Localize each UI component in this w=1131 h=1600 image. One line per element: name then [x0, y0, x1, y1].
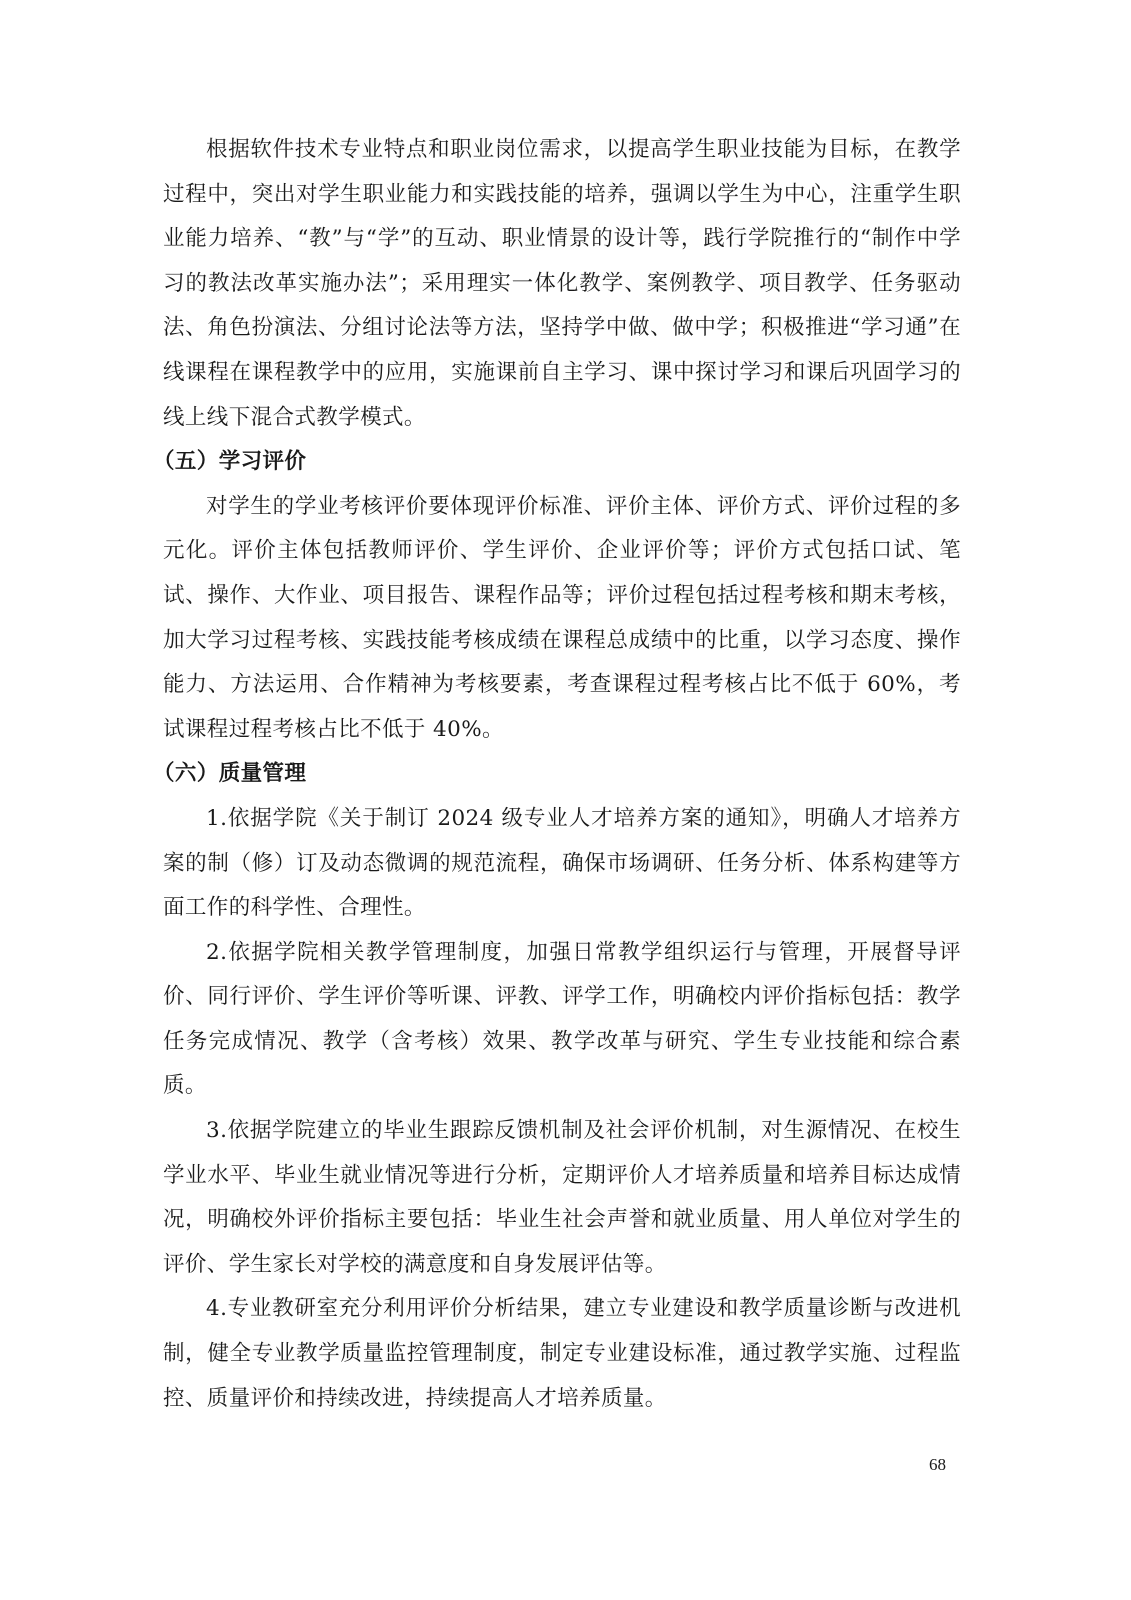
section-heading-quality-management: （六）质量管理	[153, 752, 961, 797]
learning-evaluation-paragraph: 对学生的学业考核评价要体现评价标准、评价主体、评价方式、评价过程的多元化。评价主…	[163, 485, 961, 753]
document-page: 根据软件技术专业特点和职业岗位需求，以提高学生职业技能为目标，在教学过程中，突出…	[163, 128, 961, 1421]
quality-item-3: 3.依据学院建立的毕业生跟踪反馈机制及社会评价机制，对生源情况、在校生学业水平、…	[163, 1109, 961, 1287]
page-number: 68	[929, 1455, 946, 1475]
section-heading-learning-evaluation: （五）学习评价	[153, 440, 961, 485]
quality-item-1: 1.依据学院《关于制订 2024 级专业人才培养方案的通知》，明确人才培养方案的…	[163, 797, 961, 931]
teaching-methods-paragraph: 根据软件技术专业特点和职业岗位需求，以提高学生职业技能为目标，在教学过程中，突出…	[163, 128, 961, 440]
quality-item-4: 4.专业教研室充分利用评价分析结果，建立专业建设和教学质量诊断与改进机制，健全专…	[163, 1287, 961, 1421]
quality-item-2: 2.依据学院相关教学管理制度，加强日常教学组织运行与管理，开展督导评价、同行评价…	[163, 931, 961, 1109]
